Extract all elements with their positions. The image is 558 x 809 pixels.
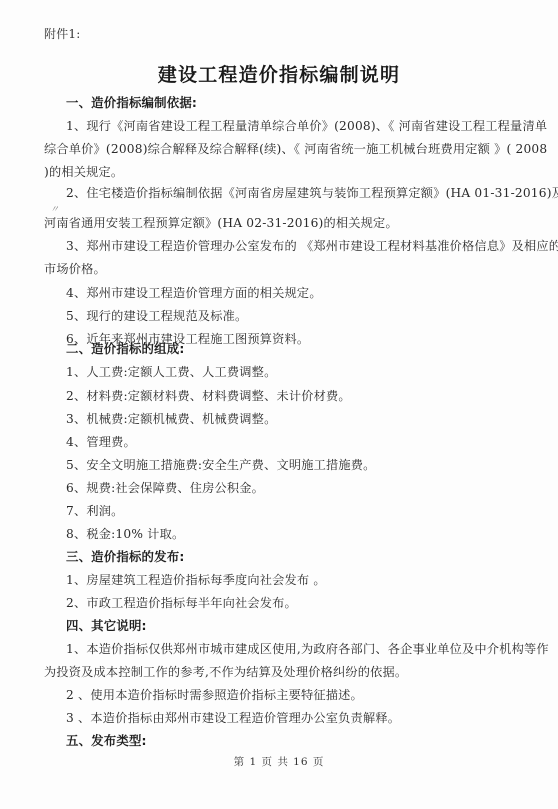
list-item: 5、安全文明施工措施费:安全生产费、文明施工措施费。 — [66, 457, 376, 473]
paragraph-line: 5、现行的建设工程规范及标准。 — [66, 308, 247, 324]
list-item: 4、管理费。 — [66, 434, 136, 450]
paragraph-line: 3、郑州市建设工程造价管理办公室发布的 《郑州市建设工程材料基准价格信息》及相应… — [66, 238, 558, 254]
paragraph-line: )的相关规定。 — [44, 164, 123, 180]
paragraph-line: 1、本造价指标仅供郑州市城市建成区使用,为政府各部门、各企事业单位及中介机构等作 — [66, 641, 549, 657]
section-heading-publication: 三、造价指标的发布: — [66, 549, 184, 565]
list-item: 6、规费:社会保障费、住房公积金。 — [66, 480, 264, 496]
section-heading-basis: 一、造价指标编制依据: — [66, 95, 197, 111]
list-item: 8、税金:10% 计取。 — [66, 526, 184, 542]
section-heading-release-type: 五、发布类型: — [66, 733, 147, 749]
list-item: 1、房屋建筑工程造价指标每季度向社会发布 。 — [66, 572, 326, 588]
list-item: 2、市政工程造价指标每半年向社会发布。 — [66, 595, 297, 611]
list-item: 7、利润。 — [66, 503, 124, 519]
list-item: 2、材料费:定额材料费、材料费调整、未计价材费。 — [66, 388, 351, 404]
document-title: 建设工程造价指标编制说明 — [0, 60, 558, 87]
paragraph-line: 1、现行《河南省建设工程工程量清单综合单价》(2008)、《 河南省建设工程工程… — [66, 118, 547, 134]
paragraph-line: 河南省通用安装工程预算定额》(HA 02-31-2016)的相关规定。 — [44, 215, 398, 231]
document-page: 附件1: 建设工程造价指标编制说明 一、造价指标编制依据: 1、现行《河南省建设… — [0, 0, 558, 809]
paragraph-line: 综合单价》(2008)综合解释及综合解释(续)、《 河南省统一施工机械台班费用定… — [44, 141, 547, 157]
section-heading-other-notes: 四、其它说明: — [66, 618, 147, 634]
list-item: 3 、本造价指标由郑州市建设工程造价管理办公室负责解释。 — [66, 710, 400, 726]
paragraph-line: 市场价格。 — [44, 261, 106, 277]
stray-quote-mark: 〃 — [50, 202, 59, 215]
paragraph-line: 2、住宅楼造价指标编制依据《河南省房屋建筑与装饰工程预算定额》(HA 01-31… — [66, 185, 558, 201]
paragraph-line: 4、郑州市建设工程造价管理方面的相关规定。 — [66, 285, 322, 301]
attachment-label: 附件1: — [44, 26, 80, 42]
list-item: 2 、使用本造价指标时需参照造价指标主要特征描述。 — [66, 687, 363, 703]
section-heading-composition: 二、造价指标的组成: — [66, 341, 184, 357]
list-item: 1、人工费:定额人工费、人工费调整。 — [66, 364, 276, 380]
page-footer: 第 1 页 共 16 页 — [0, 754, 558, 769]
paragraph-line: 为投资及成本控制工作的参考,不作为结算及处理价格纠纷的依据。 — [44, 664, 407, 680]
list-item: 3、机械费:定额机械费、机械费调整。 — [66, 411, 276, 427]
